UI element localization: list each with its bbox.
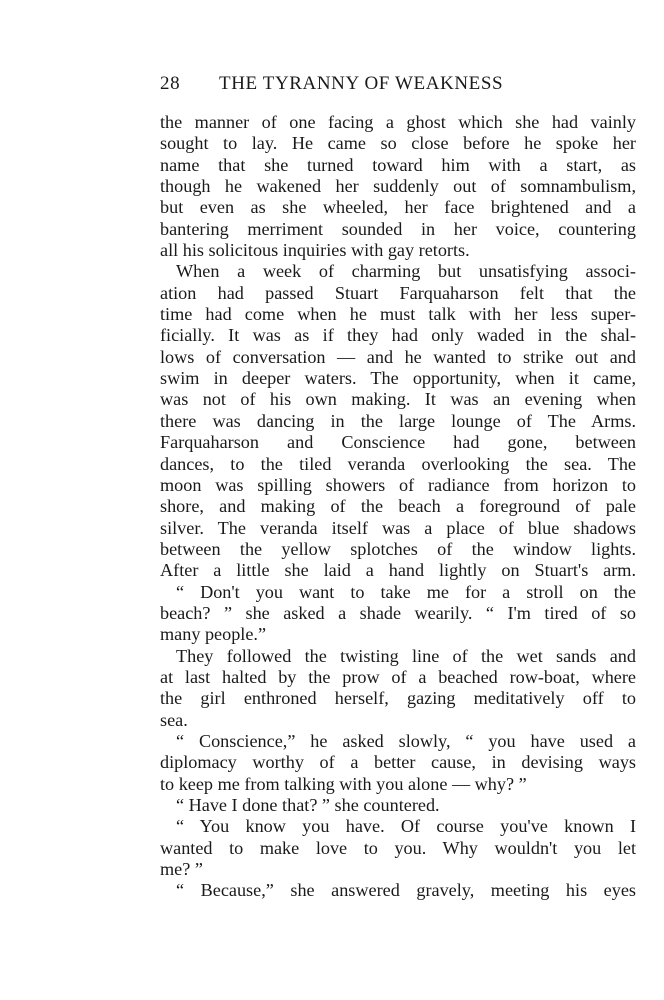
text-line: When a week of charming but unsatisfying… (160, 261, 636, 282)
text-line: They followed the twisting line of the w… (160, 646, 636, 667)
text-line: all his solicitous inquiries with gay re… (160, 240, 636, 261)
text-line: “ You know you have. Of course you've kn… (160, 816, 636, 837)
text-line: “ Because,” she answered gravely, meetin… (160, 880, 636, 901)
text-line: at last halted by the prow of a beached … (160, 667, 636, 688)
text-line: many people.” (160, 624, 636, 645)
text-line: “ Don't you want to take me for a stroll… (160, 582, 636, 603)
text-line: sought to lay. He came so close before h… (160, 133, 636, 154)
text-line: ation had passed Stuart Farquaharson fel… (160, 283, 636, 304)
text-line: ficially. It was as if they had only wad… (160, 325, 636, 346)
book-title: THE TYRANNY OF WEAKNESS (219, 70, 503, 98)
text-line: between the yellow splotches of the wind… (160, 539, 636, 560)
text-line: silver. The veranda itself was a place o… (160, 518, 636, 539)
text-line: though he wakened her suddenly out of so… (160, 176, 636, 197)
text-line: moon was spilling showers of radiance fr… (160, 475, 636, 496)
text-line: there was dancing in the large lounge of… (160, 411, 636, 432)
text-line: shore, and making of the beach a foregro… (160, 496, 636, 517)
text-line: dances, to the tiled veranda overlooking… (160, 454, 636, 475)
text-line: lows of conversation — and he wanted to … (160, 347, 636, 368)
text-line: to keep me from talking with you alone —… (160, 774, 636, 795)
text-line: beach? ” she asked a shade wearily. “ I'… (160, 603, 636, 624)
book-page: 28 THE TYRANNY OF WEAKNESS the manner of… (0, 0, 664, 1000)
text-line: sea. (160, 710, 636, 731)
text-line: the manner of one facing a ghost which s… (160, 112, 636, 133)
text-line: me? ” (160, 859, 636, 880)
text-line: swim in deeper waters. The opportunity, … (160, 368, 636, 389)
text-line: the girl enthroned herself, gazing medit… (160, 688, 636, 709)
text-line: diplomacy worthy of a better cause, in d… (160, 752, 636, 773)
running-head: 28 THE TYRANNY OF WEAKNESS (160, 70, 636, 98)
text-line: “ Conscience,” he asked slowly, “ you ha… (160, 731, 636, 752)
text-line: but even as she wheeled, her face bright… (160, 197, 636, 218)
page-number: 28 (160, 70, 180, 98)
text-line: After a little she laid a hand lightly o… (160, 560, 636, 581)
text-line: was not of his own making. It was an eve… (160, 389, 636, 410)
text-line: name that she turned toward him with a s… (160, 155, 636, 176)
text-line: Farquaharson and Conscience had gone, be… (160, 432, 636, 453)
text-line: time had come when he must talk with her… (160, 304, 636, 325)
text-line: wanted to make love to you. Why wouldn't… (160, 838, 636, 859)
text-line: bantering merriment sounded in her voice… (160, 219, 636, 240)
body-text: the manner of one facing a ghost which s… (160, 112, 636, 902)
text-line: “ Have I done that? ” she countered. (160, 795, 636, 816)
